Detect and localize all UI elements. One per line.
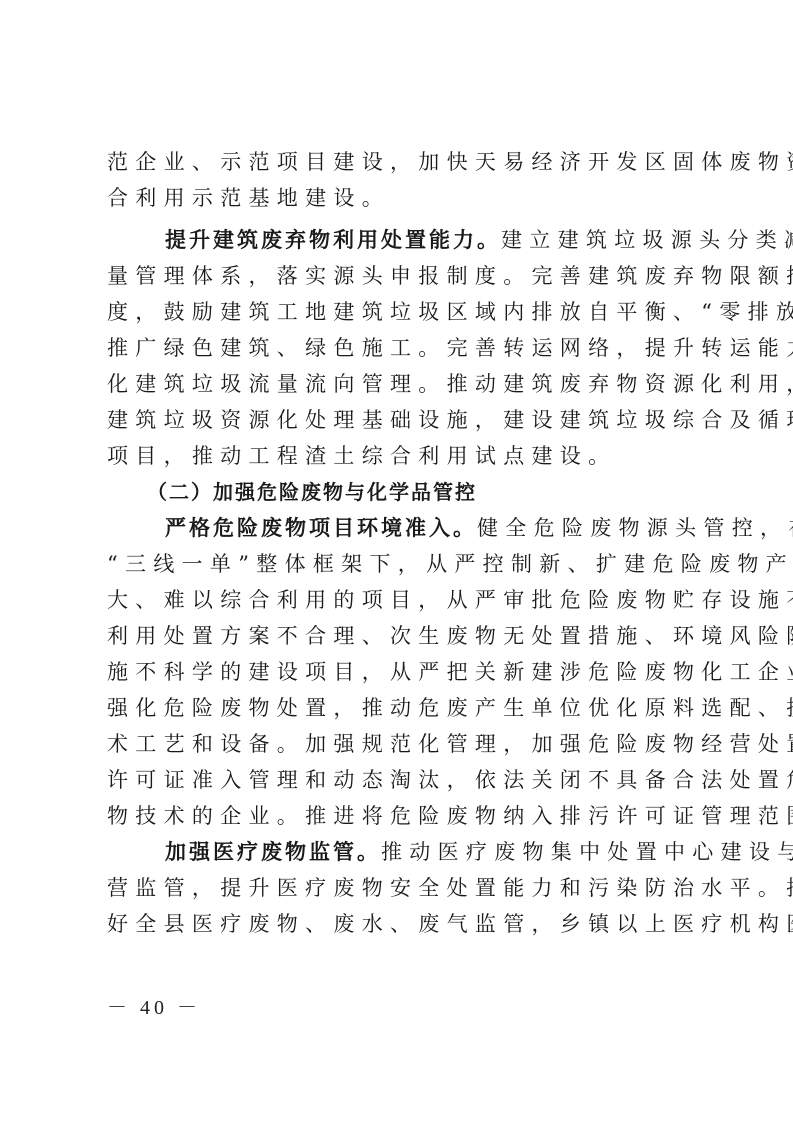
body-line: 大、难以综合利用的项目，从严审批危险废物贮存设施不明确、 (107, 582, 693, 618)
body-text: 建立建筑垃圾源头分类减 (501, 228, 793, 252)
body-line: 术工艺和设备。加强规范化管理，加强危险废物经营处置单位 (107, 726, 693, 762)
body-line: 推广绿色建筑、绿色施工。完善转运网络，提升转运能力，强 (107, 330, 693, 366)
body-line: 合利用示范基地建设。 (107, 180, 693, 216)
body-line: 建筑垃圾资源化处理基础设施，建设建筑垃圾综合及循环利用 (107, 402, 693, 438)
body-text: 推动医疗废物集中处置中心建设与运 (381, 840, 793, 864)
body-line: 强化危险废物处置，推动危废产生单位优化原料选配、提升技 (107, 690, 693, 726)
body-line: 好全县医疗废物、废水、废气监管，乡镇以上医疗机构医疗废 (107, 906, 693, 942)
body-line: 量管理体系，落实源头申报制度。完善建筑废弃物限额排放制 (107, 258, 693, 294)
paragraph-first-line: 加强医疗废物监管。推动医疗废物集中处置中心建设与运 (107, 834, 693, 870)
paragraph-first-line: 严格危险废物项目环境准入。健全危险废物源头管控，在 (107, 510, 693, 546)
body-line: 项目，推动工程渣土综合利用试点建设。 (107, 438, 693, 474)
section-heading: （二）加强危险废物与化学品管控 (107, 474, 693, 510)
document-page: 范企业、示范项目建设，加快天易经济开发区固体废物资源综 合利用示范基地建设。 提… (107, 144, 693, 942)
body-line: 许可证准入管理和动态淘汰，依法关闭不具备合法处置危险废 (107, 762, 693, 798)
paragraph-lead-bold: 严格危险废物项目环境准入。 (165, 516, 477, 540)
body-line: 范企业、示范项目建设，加快天易经济开发区固体废物资源综 (107, 144, 693, 180)
body-line: 利用处置方案不合理、次生废物无处置措施、环境风险防范措 (107, 618, 693, 654)
paragraph-lead-bold: 加强医疗废物监管。 (165, 840, 381, 864)
body-line: 营监管，提升医疗废物安全处置能力和污染防治水平。持续做 (107, 870, 693, 906)
paragraph-first-line: 提升建筑废弃物利用处置能力。建立建筑垃圾源头分类减 (107, 222, 693, 258)
body-line: “三线一单”整体框架下，从严控制新、扩建危险废物产生量 (107, 546, 693, 582)
page-number: － 40 － (107, 991, 201, 1020)
paragraph-lead-bold: 提升建筑废弃物利用处置能力。 (165, 228, 501, 252)
body-text: 健全危险废物源头管控，在 (477, 516, 793, 540)
body-line: 化建筑垃圾流量流向管理。推动建筑废弃物资源化利用，完善 (107, 366, 693, 402)
body-line: 度，鼓励建筑工地建筑垃圾区域内排放自平衡、“零排放”。 (107, 294, 693, 330)
body-line: 物技术的企业。推进将危险废物纳入排污许可证管理范围。 (107, 798, 693, 834)
body-line: 施不科学的建设项目，从严把关新建涉危险废物化工企业入园。 (107, 654, 693, 690)
